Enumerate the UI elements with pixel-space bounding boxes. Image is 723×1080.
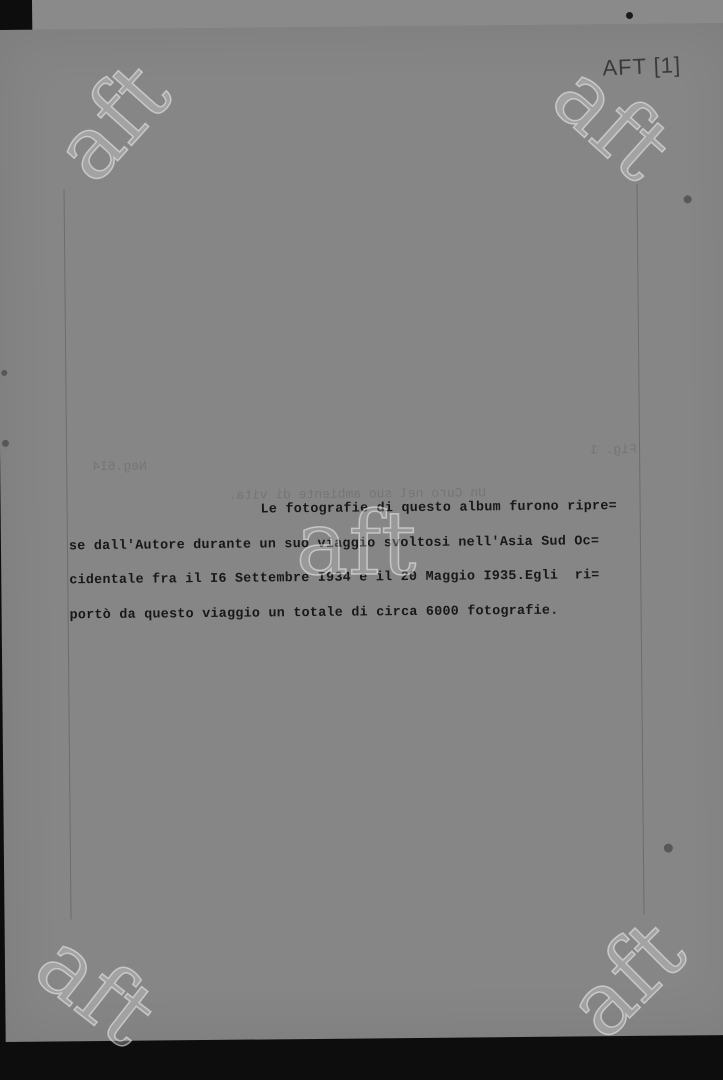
body-line: se dall'Autore durante un suo viaggio sv… (69, 524, 649, 564)
archive-note: AFT [1] (602, 52, 682, 81)
backing-spot (626, 12, 633, 19)
paper-spot (664, 844, 673, 853)
paper-spot (2, 440, 9, 447)
body-line: portò da questo viaggio un totale di cir… (69, 593, 649, 633)
body-line: cidentale fra il I6 Settembre I934 e il … (69, 559, 649, 599)
bleed-through-text: Neg.6I4 (92, 459, 147, 475)
paper-spot (1, 370, 7, 376)
bleed-through-text: Fig. 1 (590, 442, 637, 457)
typewritten-body: Le fotografie di questo album furono rip… (68, 490, 649, 634)
scanned-document: AFT [1] Neg.6I4 Fig. 1 Un Curo nel suo a… (0, 0, 723, 1080)
body-line: Le fotografie di questo album furono rip… (68, 490, 648, 530)
paper-spot (684, 195, 692, 203)
document-sheet: AFT [1] Neg.6I4 Fig. 1 Un Curo nel suo a… (0, 23, 723, 1042)
